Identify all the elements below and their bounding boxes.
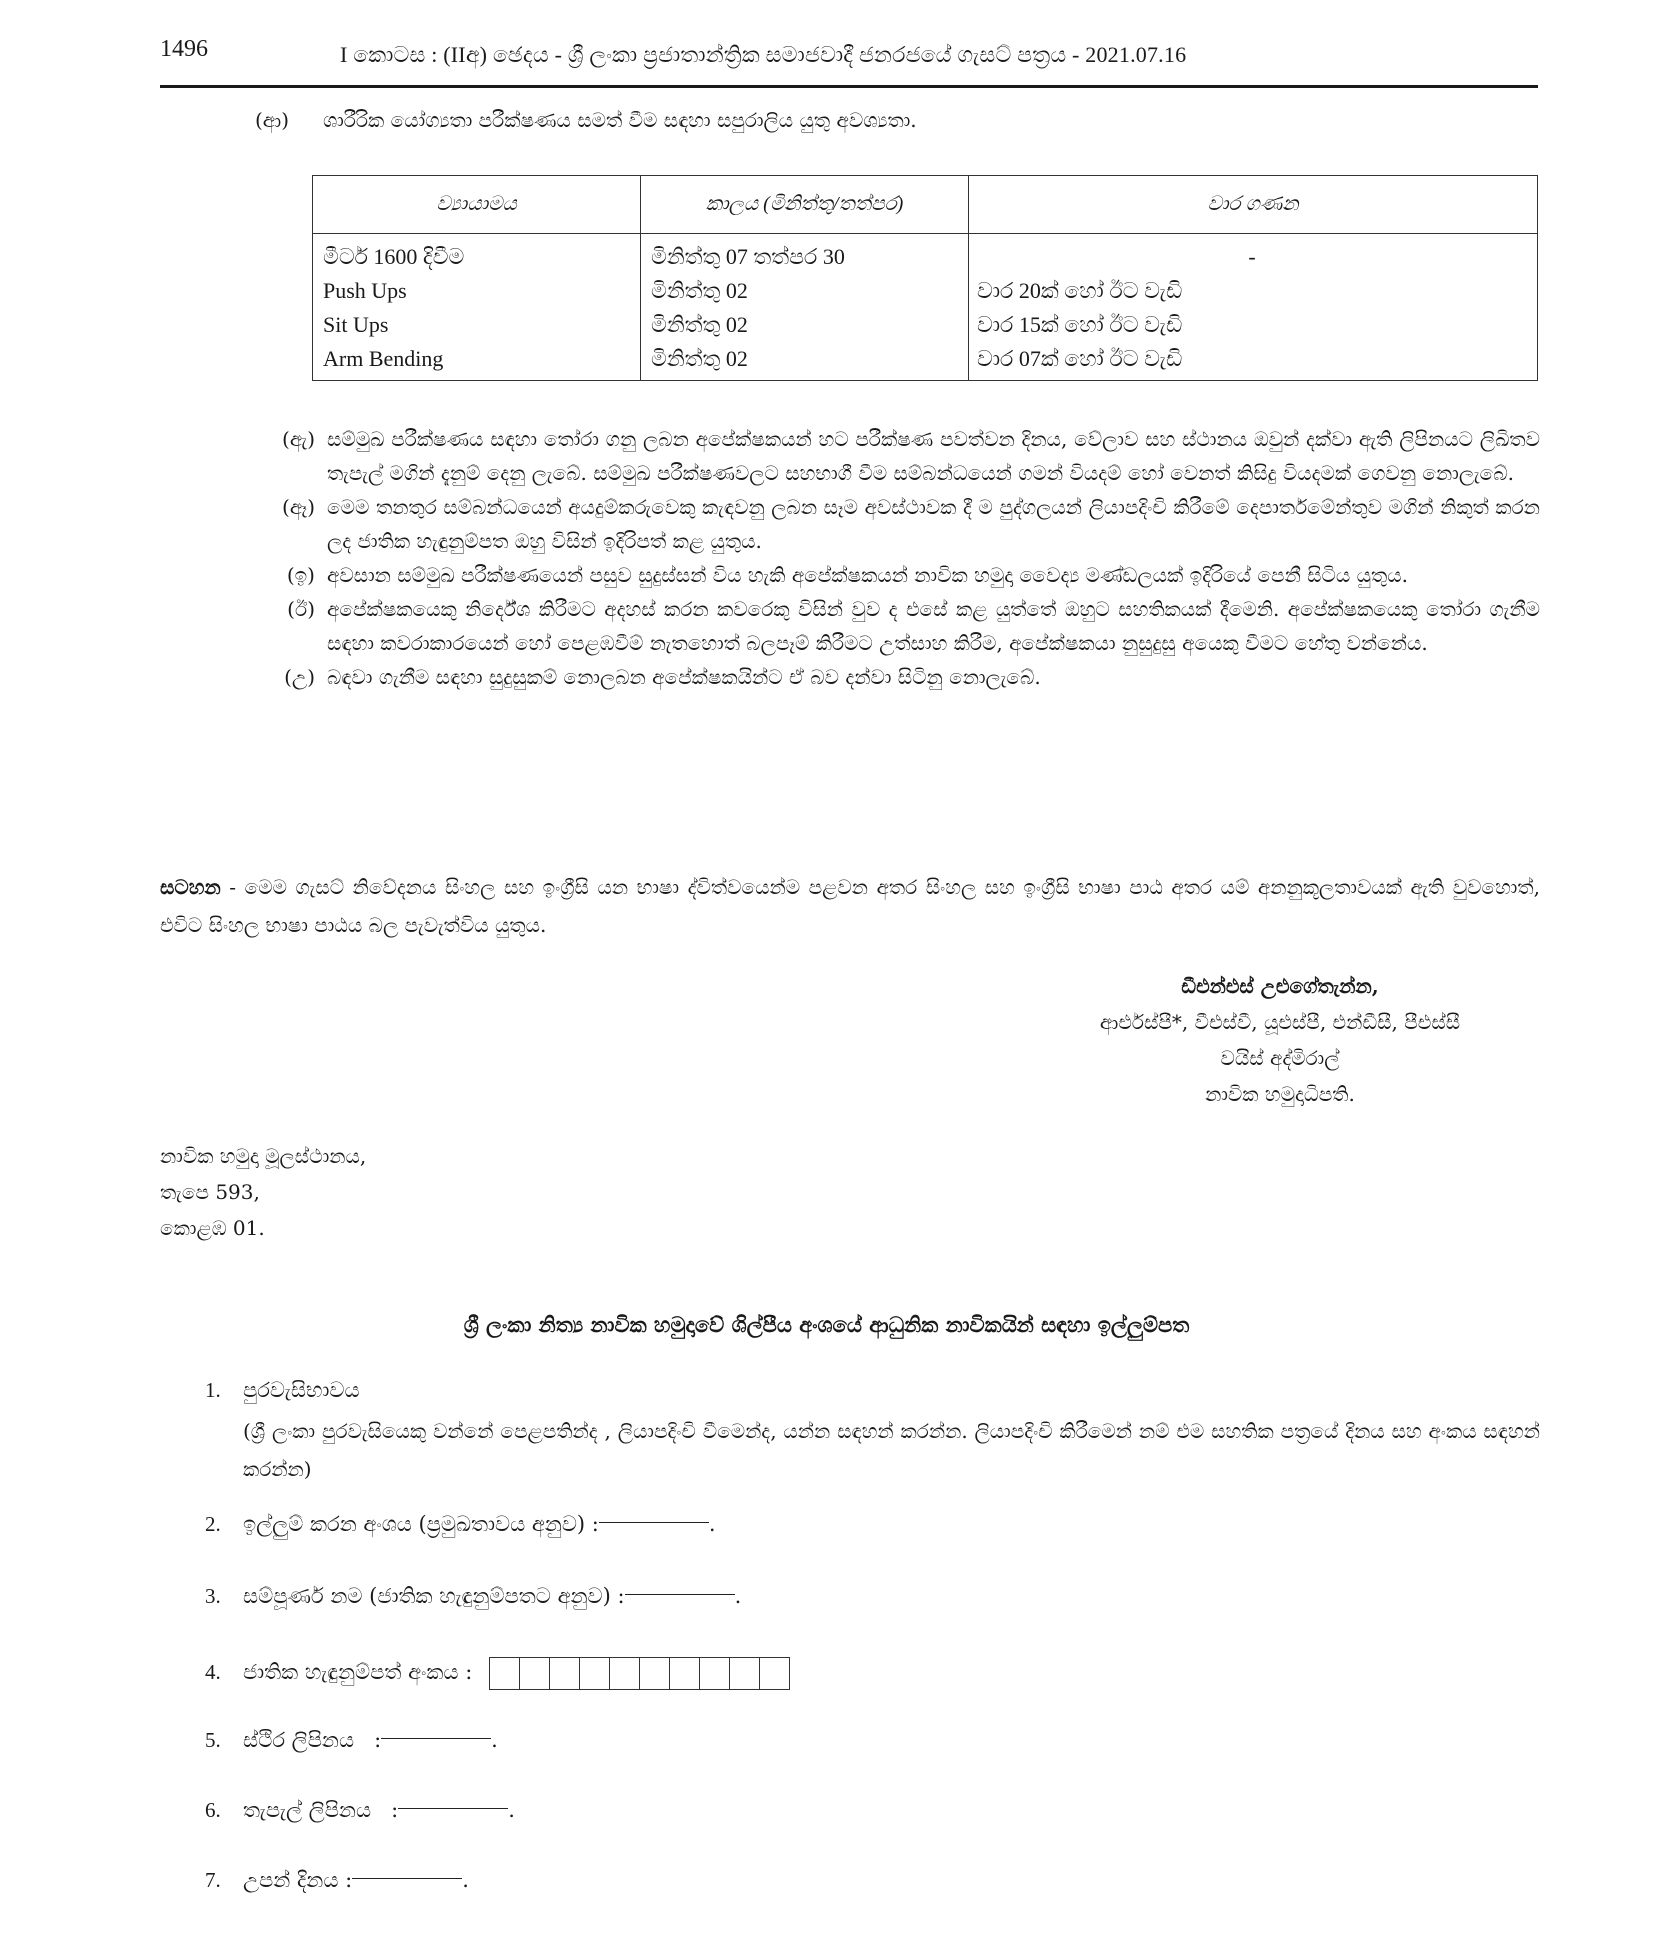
note-label: සටහන xyxy=(160,875,221,899)
fitness-requirements-intro: (ආ)ශාරීරික යෝග්‍යතා පරීක්ෂණය සමත් වීම සඳ… xyxy=(255,108,917,132)
signatory-honours: ආර්එස්පී*, වීඑස්වී, යූඑස්පී, එන්ඩීසී, පී… xyxy=(1020,1004,1540,1040)
signatory-title: නාවික හමුදාධිපති. xyxy=(1020,1076,1540,1112)
address-line: කොළඹ 01. xyxy=(160,1210,366,1246)
form-item-nic: 4.ජාතික හැඳුනුම්පත් අංකය : xyxy=(205,1657,790,1690)
clause-marker: (ඇ) xyxy=(255,422,327,490)
time-column: මිනිත්තු 07 තත්පර 30 මිනිත්තු 02 මිනිත්ත… xyxy=(641,234,969,381)
intro-text: ශාරීරික යෝග්‍යතා පරීක්ෂණය සමත් වීම සඳහා … xyxy=(323,108,917,132)
address-line: තැපෙ 593, xyxy=(160,1174,366,1210)
citizenship-instructions: (ශ්‍රී ලංකා පුරවැසියෙකු වන්නේ පෙළපතින්ද … xyxy=(243,1412,1540,1488)
page-number: 1496 xyxy=(160,36,208,63)
nic-digit-box[interactable] xyxy=(520,1658,550,1689)
clause-marker: (ඊ) xyxy=(255,592,327,660)
clause-text: මෙම තනතුර සම්බන්ධයෙන් අයදුම්කරුවෙකු කැඳව… xyxy=(327,490,1540,558)
blank-end: . xyxy=(735,1584,742,1608)
form-item-birth-date: 7.උපන් දිනය :. xyxy=(205,1868,469,1893)
language-note: සටහන - මෙම ගැසට් නිවේදනය සිංහල සහ ඉංග්‍ර… xyxy=(160,868,1540,944)
item-label: උපන් දිනය : xyxy=(243,1868,352,1892)
form-item-permanent-address: 5.ස්ථිර ලිපිනය :. xyxy=(205,1728,498,1753)
nic-digit-box[interactable] xyxy=(580,1658,610,1689)
blank-end: . xyxy=(491,1728,498,1752)
application-form-title: ශ්‍රී ලංකා නිත්‍ය නාවික හමුදාවේ ශිල්පීය … xyxy=(0,1312,1653,1338)
clause-item: (ඉ) අවසාන සම්මුඛ පරීක්ෂණයෙන් පසුව සුදුස්… xyxy=(255,558,1540,592)
clause-text: අපේක්ෂකයෙකු නිර්දේශ කිරීමට අදහස් කරන කවර… xyxy=(327,592,1540,660)
item-number: 2. xyxy=(205,1512,243,1537)
form-item-section: 2.ඉල්ලුම් කරන අංශය (ප්‍රමුඛතාවය අනුව) :. xyxy=(205,1512,716,1537)
table-cell: මිනිත්තු 02 xyxy=(651,308,958,342)
note-text: - මෙම ගැසට් නිවේදනය සිංහල සහ ඉංග්‍රීසි ය… xyxy=(160,875,1540,937)
item-number: 1. xyxy=(205,1378,243,1403)
count-column: - වාර 20ක් හෝ ඊට වැඩි වාර 15ක් හෝ ඊට වැඩ… xyxy=(969,234,1538,381)
item-label: ස්ථිර ලිපිනය : xyxy=(243,1728,381,1752)
gazette-page: 1496 I කොටස : (IIඅ) ඡෙදය - ශ්‍රී ලංකා ප්… xyxy=(0,0,1653,1945)
clauses-list: (ඇ) සම්මුඛ පරීක්ෂණය සඳහා තෝරා ගනු ලබන අප… xyxy=(255,422,1540,694)
gazette-header-title: I කොටස : (IIඅ) ඡෙදය - ශ්‍රී ලංකා ප්‍රජාත… xyxy=(340,42,1186,68)
table-cell: මීටර් 1600 දිවීම xyxy=(323,240,630,274)
clause-text: අවසාන සම්මුඛ පරීක්ෂණයෙන් පසුව සුදුස්සන් … xyxy=(327,558,1540,592)
col-header-exercise: ව්‍යායාමය xyxy=(313,176,641,234)
clause-marker: (ඉ) xyxy=(255,558,327,592)
blank-end: . xyxy=(508,1798,515,1822)
nic-digit-box[interactable] xyxy=(760,1658,789,1689)
fill-in-blank[interactable] xyxy=(352,1878,462,1879)
item-number: 3. xyxy=(205,1584,243,1609)
nic-digit-box[interactable] xyxy=(730,1658,760,1689)
header-rule xyxy=(160,85,1538,88)
address-line: නාවික හමුදා මූලස්ථානය, xyxy=(160,1138,366,1174)
item-label: පුරවැසිභාවය xyxy=(243,1378,360,1402)
fill-in-blank[interactable] xyxy=(398,1808,508,1809)
item-number: 5. xyxy=(205,1728,243,1753)
blank-end: . xyxy=(709,1512,716,1536)
table-cell: Arm Bending xyxy=(323,342,630,376)
table-cell: මිනිත්තු 07 තත්පර 30 xyxy=(651,240,958,274)
nic-digit-box[interactable] xyxy=(550,1658,580,1689)
address-block: නාවික හමුදා මූලස්ථානය, තැපෙ 593, කොළඹ 01… xyxy=(160,1138,366,1246)
form-item-citizenship: 1.පුරවැසිභාවය xyxy=(205,1378,360,1403)
item-number: 6. xyxy=(205,1798,243,1823)
nic-digit-box[interactable] xyxy=(490,1658,520,1689)
table-cell: මිනිත්තු 02 xyxy=(651,342,958,376)
table-cell: මිනිත්තු 02 xyxy=(651,274,958,308)
exercise-column: මීටර් 1600 දිවීම Push Ups Sit Ups Arm Be… xyxy=(313,234,641,381)
item-label: සම්පූර්ණ නම (ජාතික හැඳුනුම්පතට අනුව) : xyxy=(243,1584,625,1608)
signature-block: ඩීඑන්එස් උළුගේතැන්න, ආර්එස්පී*, වීඑස්වී,… xyxy=(1020,968,1540,1112)
clause-text: බඳවා ගැනීම සඳහා සුදුසුකම් නොලබන අපේක්ෂකය… xyxy=(327,660,1540,694)
blank-end: . xyxy=(462,1868,469,1892)
item-number: 4. xyxy=(205,1660,243,1685)
fitness-table: ව්‍යායාමය කාලය (මිනිත්තු/තත්පර) වාර ගණන … xyxy=(312,175,1538,381)
form-item-full-name: 3.සම්පූර්ණ නම (ජාතික හැඳුනුම්පතට අනුව) :… xyxy=(205,1584,741,1609)
clause-marker: (උ) xyxy=(255,660,327,694)
nic-number-boxes[interactable] xyxy=(489,1657,790,1690)
fill-in-blank[interactable] xyxy=(381,1738,491,1739)
fill-in-blank[interactable] xyxy=(599,1522,709,1523)
col-header-count: වාර ගණන xyxy=(969,176,1538,234)
clause-marker: (ආ) xyxy=(255,108,323,132)
signatory-rank: වයිස් අද්මිරාල් xyxy=(1020,1040,1540,1076)
nic-digit-box[interactable] xyxy=(640,1658,670,1689)
table-cell: Sit Ups xyxy=(323,308,630,342)
item-label: තැපැල් ලිපිනය : xyxy=(243,1798,398,1822)
item-label: ජාතික හැඳුනුම්පත් අංකය : xyxy=(243,1660,472,1684)
nic-digit-box[interactable] xyxy=(610,1658,640,1689)
item-label: ඉල්ලුම් කරන අංශය (ප්‍රමුඛතාවය අනුව) : xyxy=(243,1512,599,1536)
col-header-time: කාලය (මිනිත්තු/තත්පර) xyxy=(641,176,969,234)
clause-item: (ඊ) අපේක්ෂකයෙකු නිර්දේශ කිරීමට අදහස් කරන… xyxy=(255,592,1540,660)
table-cell: Push Ups xyxy=(323,274,630,308)
clause-item: (උ) බඳවා ගැනීම සඳහා සුදුසුකම් නොලබන අපේක… xyxy=(255,660,1540,694)
table-cell: වාර 15ක් හෝ ඊට වැඩි xyxy=(977,308,1527,342)
form-item-postal-address: 6.තැපැල් ලිපිනය :. xyxy=(205,1798,515,1823)
item-number: 7. xyxy=(205,1868,243,1893)
clause-item: (ඈ) මෙම තනතුර සම්බන්ධයෙන් අයදුම්කරුවෙකු … xyxy=(255,490,1540,558)
table-cell: වාර 07ක් හෝ ඊට වැඩි xyxy=(977,342,1527,376)
signatory-name: ඩීඑන්එස් උළුගේතැන්න, xyxy=(1020,968,1540,1004)
clause-item: (ඇ) සම්මුඛ පරීක්ෂණය සඳහා තෝරා ගනු ලබන අප… xyxy=(255,422,1540,490)
nic-digit-box[interactable] xyxy=(700,1658,730,1689)
table-cell: වාර 20ක් හෝ ඊට වැඩි xyxy=(977,274,1527,308)
fill-in-blank[interactable] xyxy=(625,1594,735,1595)
table-cell: - xyxy=(977,240,1527,274)
clause-text: සම්මුඛ පරීක්ෂණය සඳහා තෝරා ගනු ලබන අපේක්ෂ… xyxy=(327,422,1540,490)
clause-marker: (ඈ) xyxy=(255,490,327,558)
nic-digit-box[interactable] xyxy=(670,1658,700,1689)
